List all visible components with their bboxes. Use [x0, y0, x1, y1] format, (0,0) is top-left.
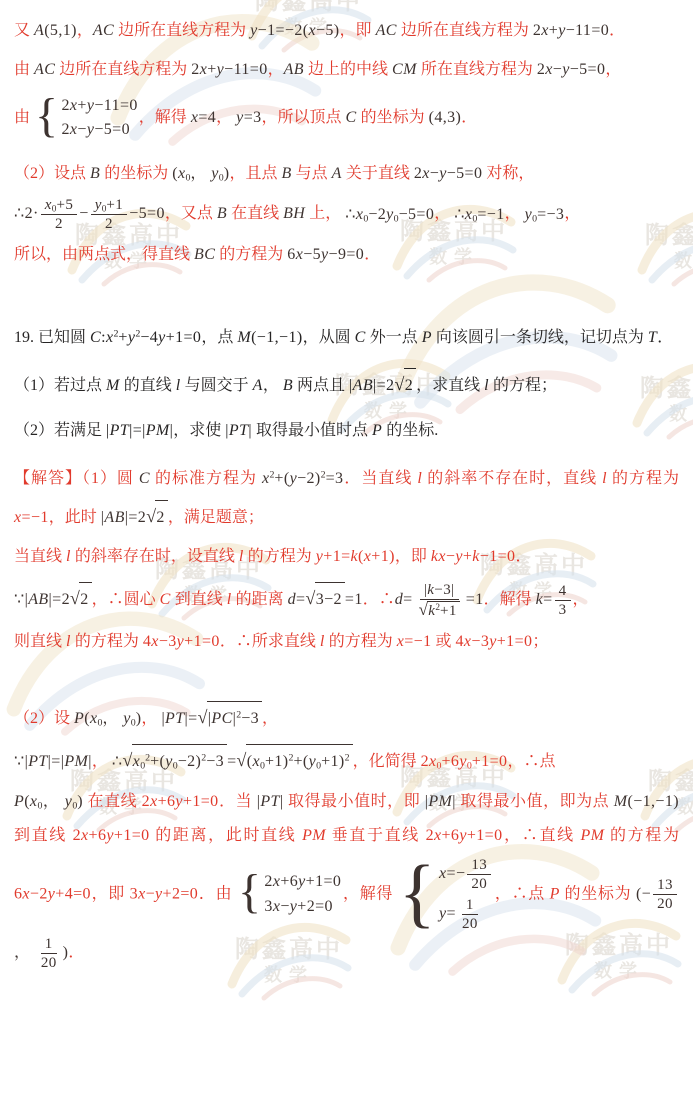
text-run: ．∴所求直线 — [220, 633, 320, 650]
math-run: BH — [283, 206, 305, 223]
text-run: 的坐标为 — [100, 165, 172, 182]
text-run: ， — [92, 753, 112, 770]
math-run: 2x+y−11=0 — [191, 61, 267, 78]
text-run: ，满足题意； — [168, 509, 264, 526]
text-run: 取得最小值时点 — [252, 422, 372, 439]
superscript: 2 — [113, 328, 118, 339]
math-run: y=3 — [236, 109, 261, 126]
text-run: 外一点 — [366, 329, 422, 346]
math-run: C:x2+y2−4y+1=0 — [90, 329, 201, 346]
superscript: 2 — [269, 470, 274, 481]
math-run: ∴2· — [14, 206, 39, 223]
subscript: 0 — [37, 800, 42, 811]
math-run: |PT|= — [161, 710, 197, 727]
subscript: 0 — [260, 761, 265, 772]
text-run: ， — [77, 22, 93, 39]
math-run: ∴x0=−1 — [454, 206, 504, 223]
problem-19-part2: （2）若满足 |PT|=|PM|，求使 |PT| 取得最小值时点 P 的坐标. — [14, 414, 679, 448]
math-run: CM — [392, 61, 417, 78]
math-run: 2x+6y+1=0 — [73, 827, 150, 844]
subscript: 0 — [437, 761, 442, 772]
math-run: B — [90, 165, 100, 182]
math-run: C — [160, 591, 171, 608]
subscript: 0 — [394, 213, 399, 224]
fraction: |k−3|√k2+1 — [415, 581, 464, 620]
math-run: d= — [395, 591, 413, 608]
text-run: ． — [364, 246, 380, 263]
math-run: 6x−2y+4=0 — [14, 885, 91, 902]
subscript: 0 — [102, 205, 107, 215]
superscript: 2 — [321, 470, 326, 481]
text-run: ，求直线 — [416, 377, 484, 394]
math-run: M(−1,−1) — [614, 793, 679, 810]
math-run: ∴ — [112, 753, 123, 770]
text-run: ，点 — [201, 329, 237, 346]
text-run: （2）设点 — [14, 165, 90, 182]
text-run: ， — [262, 710, 278, 727]
text-run: 两点且 — [293, 377, 349, 394]
equation-system: {2x+y−11=02x−y−5=0 — [35, 95, 138, 141]
fraction: 1320 — [653, 876, 677, 913]
text-run: ，且点 — [229, 165, 281, 182]
square-root: √k2+1 — [419, 603, 460, 619]
math-run: AC — [376, 22, 397, 39]
math-run: B — [281, 165, 291, 182]
text-run: 或 — [431, 633, 455, 650]
math-run: B — [283, 377, 293, 394]
text-run: 的斜率存在时，设直线 — [71, 548, 239, 565]
cases-row: 2x−y−5=0 — [61, 119, 137, 141]
text-run: ，∴点 — [494, 885, 549, 902]
math-run: P — [550, 885, 560, 902]
math-run: x=−1 — [397, 633, 432, 650]
superscript: 2 — [236, 709, 241, 720]
cases-row: x=−1320 — [439, 856, 493, 893]
answer-part1-line-3: ∵|AB|=2√2，∴圆心 C 到直线 l 的距离 d=√3−2=1．∴d=|k… — [14, 579, 679, 620]
text-run: ．∴ — [363, 591, 395, 608]
text-run: ，又点 — [165, 206, 217, 223]
text-run: 的坐标为 — [560, 885, 636, 902]
math-run: 2x−y−5=0 — [414, 165, 483, 182]
problem-19-statement: 19. 已知圆 C:x2+y2−4y+1=0，点 M(−1,−1)，从圆 C 外… — [14, 321, 679, 355]
text-run: 由 — [14, 61, 34, 78]
text-run: ，从圆 — [303, 329, 355, 346]
fraction: 120 — [458, 896, 482, 933]
math-run: |PM| — [425, 793, 456, 810]
math-run: P(x0， y0) — [14, 793, 83, 810]
math-run: ∵|AB|=2 — [14, 591, 70, 608]
text-run: 又 — [14, 22, 34, 39]
cases-brace: { — [238, 873, 261, 911]
math-run: (4,3) — [429, 109, 462, 126]
text-run: （2）若满足 — [14, 422, 106, 439]
answer-part1-line-1: 【解答】（1）圆 C 的标准方程为 x2+(y−2)2=3．当直线 l 的斜率不… — [14, 462, 679, 535]
fraction: 43 — [555, 582, 571, 619]
text-run: 的方程为 — [244, 548, 316, 565]
square-root: √x02+(y0−2)2−3 — [122, 753, 227, 770]
math-run: B — [217, 206, 227, 223]
math-run: P(x0， y0) — [74, 710, 141, 727]
text-run: 的方程为 — [71, 633, 143, 650]
text-run: 所在直线方程为 — [417, 61, 537, 78]
subscript: 0 — [97, 717, 102, 728]
text-run: 的标准方程为 — [150, 470, 262, 487]
math-run: k= — [536, 591, 553, 608]
cases-brace: { — [399, 862, 436, 923]
text-run: ． — [609, 22, 625, 39]
text-run: ， — [268, 61, 284, 78]
text-run: 当直线 — [14, 548, 66, 565]
text-run: 边上的中线 — [304, 61, 392, 78]
text-run: 由 — [14, 109, 34, 126]
subscript: 0 — [173, 761, 178, 772]
text-run: 则直线 — [14, 633, 66, 650]
math-run: ∵|PT|=|PM| — [14, 753, 92, 770]
math-run: x2+(y−2)2=3 — [262, 470, 343, 487]
math-run: x=− — [439, 865, 465, 882]
math-run: PM — [580, 827, 604, 844]
math-run: AB — [284, 61, 304, 78]
text-run: ． — [515, 548, 531, 565]
math-run: C — [355, 329, 366, 346]
math-run: P — [422, 329, 432, 346]
text-run: ．当 — [219, 793, 257, 810]
text-run: 的方程为 — [325, 633, 397, 650]
text-run: 的坐标为 — [357, 109, 429, 126]
text-run: ，即 — [340, 22, 376, 39]
text-run: 边所在直线方程为 — [55, 61, 191, 78]
math-run: =1 — [466, 591, 484, 608]
text-run: 19. 已知圆 — [14, 329, 90, 346]
text-run: 的距离 — [232, 591, 288, 608]
text-run: 对称， — [482, 165, 534, 182]
math-run: 2x+6y+1=0 — [426, 827, 503, 844]
text-run: ．由 — [198, 885, 237, 902]
subscript: 0 — [363, 213, 368, 224]
math-run: A — [253, 377, 263, 394]
square-root: √3−2 — [305, 591, 344, 608]
text-run: ， — [605, 61, 621, 78]
text-run: ，所以顶点 — [262, 109, 346, 126]
text-run: ，解得 — [139, 109, 191, 126]
equation-system: {x=−1320y=120 — [399, 856, 493, 933]
text-run: 到直线 — [14, 827, 73, 844]
text-run: 关于直线 — [342, 165, 414, 182]
text-run: ，即 — [395, 548, 431, 565]
cases-row: 2x+y−11=0 — [61, 95, 137, 117]
text-run: ， — [573, 591, 589, 608]
math-run: A — [332, 165, 342, 182]
text-run: 的方程； — [489, 377, 557, 394]
square-root: √(x0+1)2+(y0+1)2 — [237, 753, 353, 770]
subscript: 0 — [72, 800, 77, 811]
math-run: |AB|=2 — [349, 377, 394, 394]
text-run: ．当直线 — [343, 470, 417, 487]
cases-brace: { — [35, 97, 58, 135]
text-run: 的斜率不存在时，直线 — [422, 470, 602, 487]
square-root: √2 — [70, 591, 92, 608]
text-run: 的方程为 — [604, 827, 679, 844]
math-run: M(−1,−1) — [237, 329, 302, 346]
subscript: 0 — [532, 213, 537, 224]
math-run: =1 — [345, 591, 363, 608]
math-run: x=4 — [191, 109, 216, 126]
math-run: AC — [93, 22, 114, 39]
fraction: 1320 — [467, 856, 491, 893]
text-run: 到直线 — [171, 591, 227, 608]
text-run: 的方程为 — [607, 470, 679, 487]
text-run: （2）设 — [14, 710, 74, 727]
text-run: ，求使 — [173, 422, 225, 439]
document-page: 陶鑫高中数学陶鑫高中数学陶鑫高中数学陶鑫高中数学陶鑫高中数学陶鑫高中数学陶鑫高中… — [0, 0, 693, 1112]
math-run: M — [106, 377, 120, 394]
math-run: |PT|=|PM| — [106, 422, 173, 439]
prev-solution-part2-line-1: （2）设点 B 的坐标为 (x0， y0)，且点 B 与点 A 关于直线 2x−… — [14, 157, 679, 191]
text-run: ． — [68, 944, 84, 961]
prev-solution-line-1: 又 A(5,1)，AC 边所在直线方程为 y−1=−2(x−5)，即 AC 边所… — [14, 14, 679, 48]
math-run: y0=−3 — [525, 206, 565, 223]
answer-part2-line-2: ∵|PT|=|PM|， ∴√x02+(y0−2)2−3=√(x0+1)2+(y0… — [14, 741, 679, 780]
subscript: 0 — [219, 172, 224, 183]
math-run: |PT| — [225, 422, 252, 439]
text-run: ，∴点 — [507, 753, 555, 770]
math-run: ， — [14, 944, 35, 961]
prev-solution-part2-line-2: ∴2·x0+52−y0+12−5=0，又点 B 在直线 BH 上， ∴x0−2y… — [14, 196, 679, 233]
math-run: 4x−3y+1=0 — [143, 633, 220, 650]
text-run: ； — [532, 633, 548, 650]
text-run: 【解答】（1）圆 — [14, 470, 139, 487]
subscript: 0 — [131, 717, 136, 728]
equation-system: {2x+6y+1=03x−y+2=0 — [238, 871, 341, 917]
text-run: ， — [216, 109, 236, 126]
math-run: P — [372, 422, 382, 439]
prev-solution-part2-line-3: 所以，由两点式，得直线 BC 的方程为 6x−5y−9=0． — [14, 238, 679, 272]
text-run: 在直线 — [227, 206, 283, 223]
math-run: 4x−3y+1=0 — [455, 633, 532, 650]
text-run: 向该圆引一条切线，记切点为 — [432, 329, 648, 346]
math-run: C — [139, 470, 150, 487]
text-run: 的坐标. — [382, 422, 438, 439]
text-run: ，化简得 — [353, 753, 421, 770]
superscript: 2 — [435, 603, 440, 613]
math-run: 2x+6y+1=0 — [142, 793, 219, 810]
math-run: x=−1 — [14, 509, 49, 526]
math-run: (− — [636, 885, 651, 902]
subscript: 0 — [185, 172, 190, 183]
text-run: 在直线 — [83, 793, 142, 810]
text-run: ， — [564, 206, 580, 223]
math-run: y+1=k(x+1) — [316, 548, 395, 565]
text-run: ，即 — [91, 885, 130, 902]
text-run: （1）若过点 — [14, 377, 106, 394]
math-run: 2x−y−5=0 — [537, 61, 606, 78]
text-run: 垂直于直线 — [326, 827, 426, 844]
math-run: ∴x0−2y0−5=0 — [345, 206, 434, 223]
text-run: ，此时 — [49, 509, 101, 526]
superscript: 2 — [345, 753, 350, 764]
text-run: 的距离，此时直线 — [150, 827, 303, 844]
text-run: ． — [461, 109, 477, 126]
superscript: 2 — [289, 753, 294, 764]
text-run: 与圆交于 — [181, 377, 253, 394]
math-run: y−1=−2(x−5) — [250, 22, 339, 39]
math-run: |PT| — [257, 793, 284, 810]
math-run: −5=0 — [129, 206, 165, 223]
superscript: 2 — [201, 753, 206, 764]
math-run: 6x−5y−9=0 — [287, 246, 364, 263]
math-run: PM — [302, 827, 326, 844]
fraction: x0+52 — [41, 196, 78, 233]
text-run: 边所在直线方程为 — [397, 22, 533, 39]
text-run: ，解得 — [342, 885, 397, 902]
fraction: y0+12 — [91, 196, 128, 233]
text-run: 边所在直线方程为 — [114, 22, 250, 39]
superscript: 2 — [145, 753, 150, 764]
text-run: 的方程为 — [215, 246, 287, 263]
answer-part1-line-4: 则直线 l 的方程为 4x−3y+1=0．∴所求直线 l 的方程为 x=−1 或… — [14, 625, 679, 659]
math-run: BC — [194, 246, 215, 263]
math-run: C — [346, 109, 357, 126]
math-run: kx−y+k−1=0 — [431, 548, 516, 565]
text-run: ， — [263, 377, 283, 394]
fraction: 120 — [37, 935, 61, 972]
cases-row: 2x+6y+1=0 — [264, 871, 341, 893]
text-run: 与点 — [292, 165, 332, 182]
text-run: ，∴圆心 — [92, 591, 160, 608]
text-run: 的直线 — [120, 377, 176, 394]
answer-part1-line-2: 当直线 l 的斜率存在时，设直线 l 的方程为 y+1=k(x+1)，即 kx−… — [14, 540, 679, 574]
answer-part2-line-1: （2）设 P(x0， y0)， |PT|=√|PC|2−3， — [14, 698, 679, 737]
math-run: = — [227, 753, 236, 770]
math-run: AC — [34, 61, 55, 78]
math-run: y= — [439, 905, 456, 922]
text-run: ， — [505, 206, 525, 223]
math-run: 2x0+6y0+1=0 — [421, 753, 508, 770]
text-run: 取得最小值时，即 — [283, 793, 424, 810]
superscript: 2 — [135, 328, 140, 339]
cases-row: y=120 — [439, 896, 493, 933]
text-run: 上， — [305, 206, 345, 223]
text-run: ． — [657, 329, 673, 346]
subscript: 0 — [52, 205, 57, 215]
math-run: 2x+y−11=0 — [533, 22, 609, 39]
math-run: |AB|=2 — [101, 509, 146, 526]
text-run: ， — [434, 206, 454, 223]
math-run: − — [79, 206, 88, 223]
subscript: 0 — [467, 761, 472, 772]
square-root: √2 — [394, 377, 416, 394]
math-run: d= — [288, 591, 306, 608]
subscript: 0 — [472, 213, 477, 224]
cases-row: 3x−y+2=0 — [264, 896, 341, 918]
math-run: A(5,1) — [34, 22, 77, 39]
text-run: ．解得 — [484, 591, 536, 608]
subscript: 0 — [316, 761, 321, 772]
text-run: ， — [141, 710, 161, 727]
math-run: T — [648, 329, 657, 346]
square-root: √2 — [146, 509, 168, 526]
prev-solution-line-3: 由 {2x+y−11=02x−y−5=0，解得 x=4， y=3，所以顶点 C … — [14, 93, 679, 143]
document-body: 又 A(5,1)，AC 边所在直线方程为 y−1=−2(x−5)，即 AC 边所… — [0, 0, 693, 972]
math-run: (x0， y0) — [172, 165, 229, 182]
text-run: 所以，由两点式，得直线 — [14, 246, 194, 263]
square-root: √|PC|2−3 — [198, 710, 262, 727]
prev-solution-line-2: 由 AC 边所在直线方程为 2x+y−11=0，AB 边上的中线 CM 所在直线… — [14, 53, 679, 87]
answer-part2-line-3: P(x0， y0) 在直线 2x+6y+1=0．当 |PT| 取得最小值时，即 … — [14, 785, 679, 972]
math-run: 3x−y+2=0 — [130, 885, 199, 902]
problem-19-part1: （1）若过点 M 的直线 l 与圆交于 A， B 两点且 |AB|=2√2，求直… — [14, 365, 679, 404]
text-run: ，∴直线 — [503, 827, 581, 844]
text-run: 取得最小值，即为点 — [456, 793, 614, 810]
